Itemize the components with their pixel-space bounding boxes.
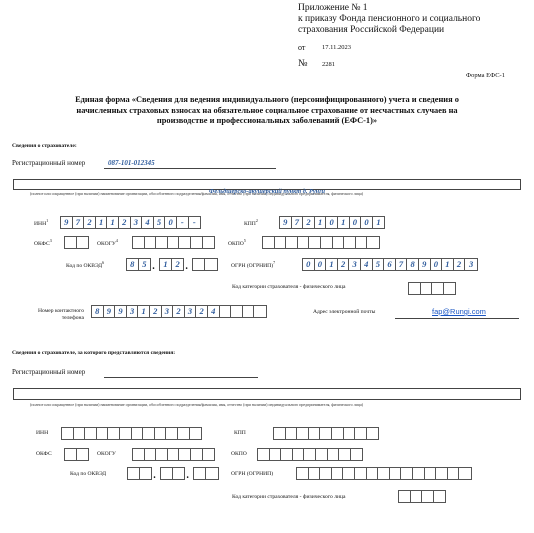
digit-cell[interactable] (145, 449, 157, 460)
digit-cell[interactable]: 9 (104, 306, 116, 317)
digit-cell[interactable]: 0 (303, 259, 315, 270)
digit-cell[interactable]: 8 (407, 259, 419, 270)
digit-cell[interactable] (85, 428, 97, 439)
digit-cell[interactable] (355, 428, 367, 439)
digit-cell[interactable]: 0 (315, 259, 327, 270)
digit-cell[interactable] (173, 468, 185, 479)
title-line-1: Единая форма «Сведения для ведения индив… (20, 95, 514, 106)
subject-org-name-field[interactable] (13, 388, 521, 400)
digit-cell[interactable] (293, 449, 305, 460)
subject-reg-number-label: Регистрационный номер (12, 368, 85, 376)
digit-cell[interactable]: 9 (61, 217, 73, 228)
subject-okfs-label: ОКФС (36, 451, 52, 457)
digit-cell[interactable] (178, 428, 190, 439)
insurer-ogrn-field[interactable]: 001234567890123 (302, 258, 478, 271)
digit-cell[interactable] (297, 428, 309, 439)
digit-cell[interactable]: 2 (338, 259, 350, 270)
digit-cell[interactable]: 3 (185, 306, 197, 317)
subject-reg-number-field[interactable] (104, 377, 258, 378)
digit-cell[interactable] (320, 428, 332, 439)
insurer-okfs-label: ОКФС3 (34, 238, 52, 247)
digit-cell[interactable] (65, 237, 77, 248)
digit-cell[interactable]: 0 (326, 217, 338, 228)
digit-cell[interactable] (155, 428, 167, 439)
digit-cell[interactable]: 1 (373, 217, 385, 228)
insurer-category-field[interactable] (408, 282, 456, 295)
digit-cell[interactable]: 2 (303, 217, 315, 228)
digit-cell[interactable]: 2 (119, 217, 131, 228)
digit-cell[interactable] (444, 283, 456, 294)
digit-cell[interactable] (316, 449, 328, 460)
okved-separator: . (152, 262, 155, 272)
digit-cell[interactable]: 1 (326, 259, 338, 270)
digit-cell[interactable] (355, 468, 367, 479)
insurer-okogu-field[interactable] (132, 236, 215, 249)
subject-okpo-field[interactable] (257, 448, 363, 461)
digit-cell[interactable] (425, 468, 437, 479)
subject-kpp-field[interactable] (273, 427, 379, 440)
digit-cell[interactable] (132, 428, 144, 439)
digit-cell[interactable] (378, 468, 390, 479)
digit-cell[interactable]: 8 (92, 306, 104, 317)
insurer-ogrn-label: ОГРН (ОГРНИП)7 (231, 260, 275, 269)
digit-cell[interactable] (74, 428, 86, 439)
digit-cell[interactable] (258, 449, 270, 460)
insurer-org-name-hint: (полное или сокращенное (при наличии) на… (30, 191, 363, 196)
digit-cell[interactable] (220, 306, 232, 317)
insurer-section-title: Сведения о страхователе: (12, 143, 77, 149)
digit-cell[interactable]: 7 (73, 217, 85, 228)
digit-cell[interactable] (206, 468, 218, 479)
digit-cell[interactable] (161, 468, 173, 479)
appendix-line-2: к приказу Фонда пенсионного и социальног… (298, 14, 480, 25)
subject-kpp-label: КПП (234, 430, 246, 436)
digit-cell[interactable] (343, 468, 355, 479)
insurer-org-name-field[interactable]: Фельдшерско-акушерский пункт д. Рунги (13, 179, 521, 190)
digit-cell[interactable] (286, 237, 298, 248)
subject-category-label: Код категории страхователя - физического… (232, 494, 345, 500)
digit-cell[interactable]: 0 (431, 259, 443, 270)
digit-cell[interactable] (97, 428, 109, 439)
digit-cell[interactable] (356, 237, 368, 248)
digit-cell[interactable] (344, 428, 356, 439)
digit-cell[interactable] (166, 428, 178, 439)
subject-okved-label: Код по ОКВЭД (70, 471, 106, 477)
subject-okfs-field[interactable] (64, 448, 89, 461)
digit-cell[interactable] (179, 449, 191, 460)
digit-cell[interactable]: 1 (338, 217, 350, 228)
digit-cell[interactable] (320, 468, 332, 479)
digit-cell[interactable] (77, 449, 89, 460)
insurer-category-label: Код категории страхователя - физического… (232, 284, 345, 290)
digit-cell[interactable] (344, 237, 356, 248)
insurer-kpp-label: КПП2 (244, 218, 258, 227)
document-title: Единая форма «Сведения для ведения индив… (20, 95, 514, 127)
digit-cell[interactable]: 5 (373, 259, 385, 270)
digit-cell[interactable] (367, 428, 379, 439)
digit-cell[interactable] (286, 428, 298, 439)
subject-inn-label: ИНН (36, 430, 48, 436)
insurer-reg-number-value: 087-101-012345 (108, 159, 155, 167)
digit-cell[interactable] (77, 237, 89, 248)
digit-cell[interactable]: 3 (127, 306, 139, 317)
digit-cell[interactable] (309, 428, 321, 439)
digit-cell[interactable] (434, 491, 446, 502)
digit-cell[interactable] (143, 428, 155, 439)
digit-cell[interactable] (156, 237, 168, 248)
okved-group[interactable]: 12 (159, 258, 184, 271)
number-value: 2281 (322, 61, 335, 68)
digit-cell[interactable] (145, 237, 157, 248)
digit-cell[interactable] (332, 428, 344, 439)
digit-cell[interactable]: 2 (196, 306, 208, 317)
digit-cell[interactable] (411, 491, 423, 502)
digit-cell[interactable] (194, 468, 206, 479)
insurer-email-field[interactable] (395, 318, 519, 319)
digit-cell[interactable]: 1 (138, 306, 150, 317)
insurer-okpo-field[interactable] (262, 236, 380, 249)
digit-cell[interactable]: 3 (465, 259, 477, 270)
digit-cell[interactable] (168, 449, 180, 460)
digit-cell[interactable] (390, 468, 402, 479)
digit-cell[interactable] (275, 237, 287, 248)
number-label: № (298, 58, 308, 69)
digit-cell[interactable] (399, 491, 411, 502)
digit-cell[interactable] (432, 283, 444, 294)
digit-cell[interactable]: 8 (127, 259, 139, 270)
title-line-3: производстве и профессиональных заболева… (20, 116, 514, 127)
digit-cell[interactable]: 0 (361, 217, 373, 228)
digit-cell[interactable] (436, 468, 448, 479)
okved-group[interactable]: 85 (126, 258, 151, 271)
digit-cell[interactable] (297, 468, 309, 479)
digit-cell[interactable]: 1 (160, 259, 172, 270)
okved-separator: . (186, 471, 189, 481)
digit-cell[interactable] (304, 449, 316, 460)
digit-cell[interactable]: 6 (384, 259, 396, 270)
digit-cell[interactable]: 1 (96, 217, 108, 228)
insurer-okpo-label: ОКПО5 (228, 238, 246, 247)
insurer-email-value[interactable]: fap@Rungi.com (432, 307, 486, 316)
digit-cell[interactable] (339, 449, 351, 460)
subject-okogu-field[interactable] (132, 448, 215, 461)
digit-cell[interactable] (421, 283, 433, 294)
insurer-inn-field[interactable]: 9721123450-- (60, 216, 201, 229)
insurer-kpp-field[interactable]: 972101001 (279, 216, 385, 229)
digit-cell[interactable] (422, 491, 434, 502)
digit-cell[interactable] (203, 449, 215, 460)
insurer-okogu-label: ОКОГУ4 (97, 238, 118, 247)
digit-cell[interactable] (413, 468, 425, 479)
digit-cell[interactable]: 5 (139, 259, 151, 270)
digit-cell[interactable] (270, 449, 282, 460)
okved-group[interactable] (160, 467, 185, 480)
digit-cell[interactable] (367, 468, 379, 479)
digit-cell[interactable] (309, 468, 321, 479)
digit-cell[interactable] (65, 449, 77, 460)
digit-cell[interactable]: - (189, 217, 201, 228)
digit-cell[interactable]: 1 (442, 259, 454, 270)
digit-cell[interactable] (133, 449, 145, 460)
digit-cell[interactable]: 4 (142, 217, 154, 228)
digit-cell[interactable]: 2 (84, 217, 96, 228)
digit-cell[interactable] (351, 449, 363, 460)
digit-cell[interactable] (108, 428, 120, 439)
digit-cell[interactable] (409, 283, 421, 294)
digit-cell[interactable]: 2 (454, 259, 466, 270)
digit-cell[interactable] (179, 237, 191, 248)
digit-cell[interactable]: 0 (350, 217, 362, 228)
digit-cell[interactable]: 0 (165, 217, 177, 228)
okved-group[interactable] (193, 467, 218, 480)
subject-inn-field[interactable] (61, 427, 202, 440)
digit-cell[interactable]: - (177, 217, 189, 228)
digit-cell[interactable] (193, 259, 205, 270)
digit-cell[interactable]: 1 (315, 217, 327, 228)
digit-cell[interactable] (367, 237, 379, 248)
digit-cell[interactable] (203, 237, 215, 248)
digit-cell[interactable] (333, 237, 345, 248)
digit-cell[interactable] (309, 237, 321, 248)
digit-cell[interactable] (231, 306, 243, 317)
digit-cell[interactable]: 3 (349, 259, 361, 270)
digit-cell[interactable] (191, 449, 203, 460)
appendix-line-3: страхования Российской Федерации (298, 25, 444, 36)
digit-cell[interactable] (120, 428, 132, 439)
insurer-reg-number-label: Регистрационный номер (12, 159, 85, 167)
insurer-okfs-field[interactable] (64, 236, 89, 249)
digit-cell[interactable]: 3 (162, 306, 174, 317)
digit-cell[interactable]: 2 (172, 259, 184, 270)
insurer-okved-label: Код по ОКВЭД6 (66, 260, 104, 269)
insurer-reg-number-field[interactable] (104, 168, 276, 169)
digit-cell[interactable]: 3 (131, 217, 143, 228)
okved-separator: . (185, 262, 188, 272)
appendix-line-1: Приложение № 1 (298, 3, 368, 14)
digit-cell[interactable]: 2 (173, 306, 185, 317)
digit-cell[interactable]: 7 (292, 217, 304, 228)
digit-cell[interactable] (243, 306, 255, 317)
insurer-email-label: Адрес электронной почты (313, 309, 375, 315)
digit-cell[interactable] (168, 237, 180, 248)
form-code: Форма ЕФС-1 (466, 72, 505, 79)
digit-cell[interactable] (328, 449, 340, 460)
digit-cell[interactable]: 9 (280, 217, 292, 228)
digit-cell[interactable] (448, 468, 460, 479)
digit-cell[interactable]: 4 (361, 259, 373, 270)
digit-cell[interactable] (205, 259, 217, 270)
digit-cell[interactable] (191, 237, 203, 248)
okved-group[interactable] (127, 467, 152, 480)
title-line-2: начисленных страховых взносах на обязате… (20, 106, 514, 117)
subject-ogrn-label: ОГРН (ОГРНИП) (231, 471, 273, 477)
insurer-phone-field[interactable]: 89931232324 (91, 305, 267, 318)
digit-cell[interactable] (190, 428, 202, 439)
digit-cell[interactable]: 5 (154, 217, 166, 228)
subject-okogu-label: ОКОГУ (97, 451, 116, 457)
digit-cell[interactable] (140, 468, 152, 479)
digit-cell[interactable]: 9 (115, 306, 127, 317)
okved-separator: . (153, 471, 156, 481)
digit-cell[interactable] (401, 468, 413, 479)
digit-cell[interactable] (254, 306, 266, 317)
date-value: 17.11.2023 (322, 44, 351, 51)
digit-cell[interactable] (156, 449, 168, 460)
subject-section-title: Сведения о страхователе, за которого пре… (12, 350, 175, 356)
subject-org-name-hint: (полное или сокращенное (при наличии) на… (30, 402, 363, 407)
insurer-phone-label: Номер контактноготелефона (24, 308, 84, 322)
okved-group[interactable] (192, 258, 217, 271)
digit-cell[interactable] (128, 468, 140, 479)
digit-cell[interactable] (281, 449, 293, 460)
subject-okpo-label: ОКПО (231, 451, 247, 457)
digit-cell[interactable] (263, 237, 275, 248)
digit-cell[interactable] (298, 237, 310, 248)
digit-cell[interactable]: 9 (419, 259, 431, 270)
digit-cell[interactable]: 1 (107, 217, 119, 228)
digit-cell[interactable] (321, 237, 333, 248)
digit-cell[interactable]: 2 (150, 306, 162, 317)
digit-cell[interactable]: 7 (396, 259, 408, 270)
digit-cell[interactable] (274, 428, 286, 439)
date-label: от (298, 42, 305, 53)
subject-ogrn-field[interactable] (296, 467, 472, 480)
digit-cell[interactable] (62, 428, 74, 439)
digit-cell[interactable] (332, 468, 344, 479)
digit-cell[interactable] (459, 468, 471, 479)
digit-cell[interactable]: 4 (208, 306, 220, 317)
insurer-inn-label: ИНН1 (34, 218, 48, 227)
subject-category-field[interactable] (398, 490, 446, 503)
digit-cell[interactable] (133, 237, 145, 248)
